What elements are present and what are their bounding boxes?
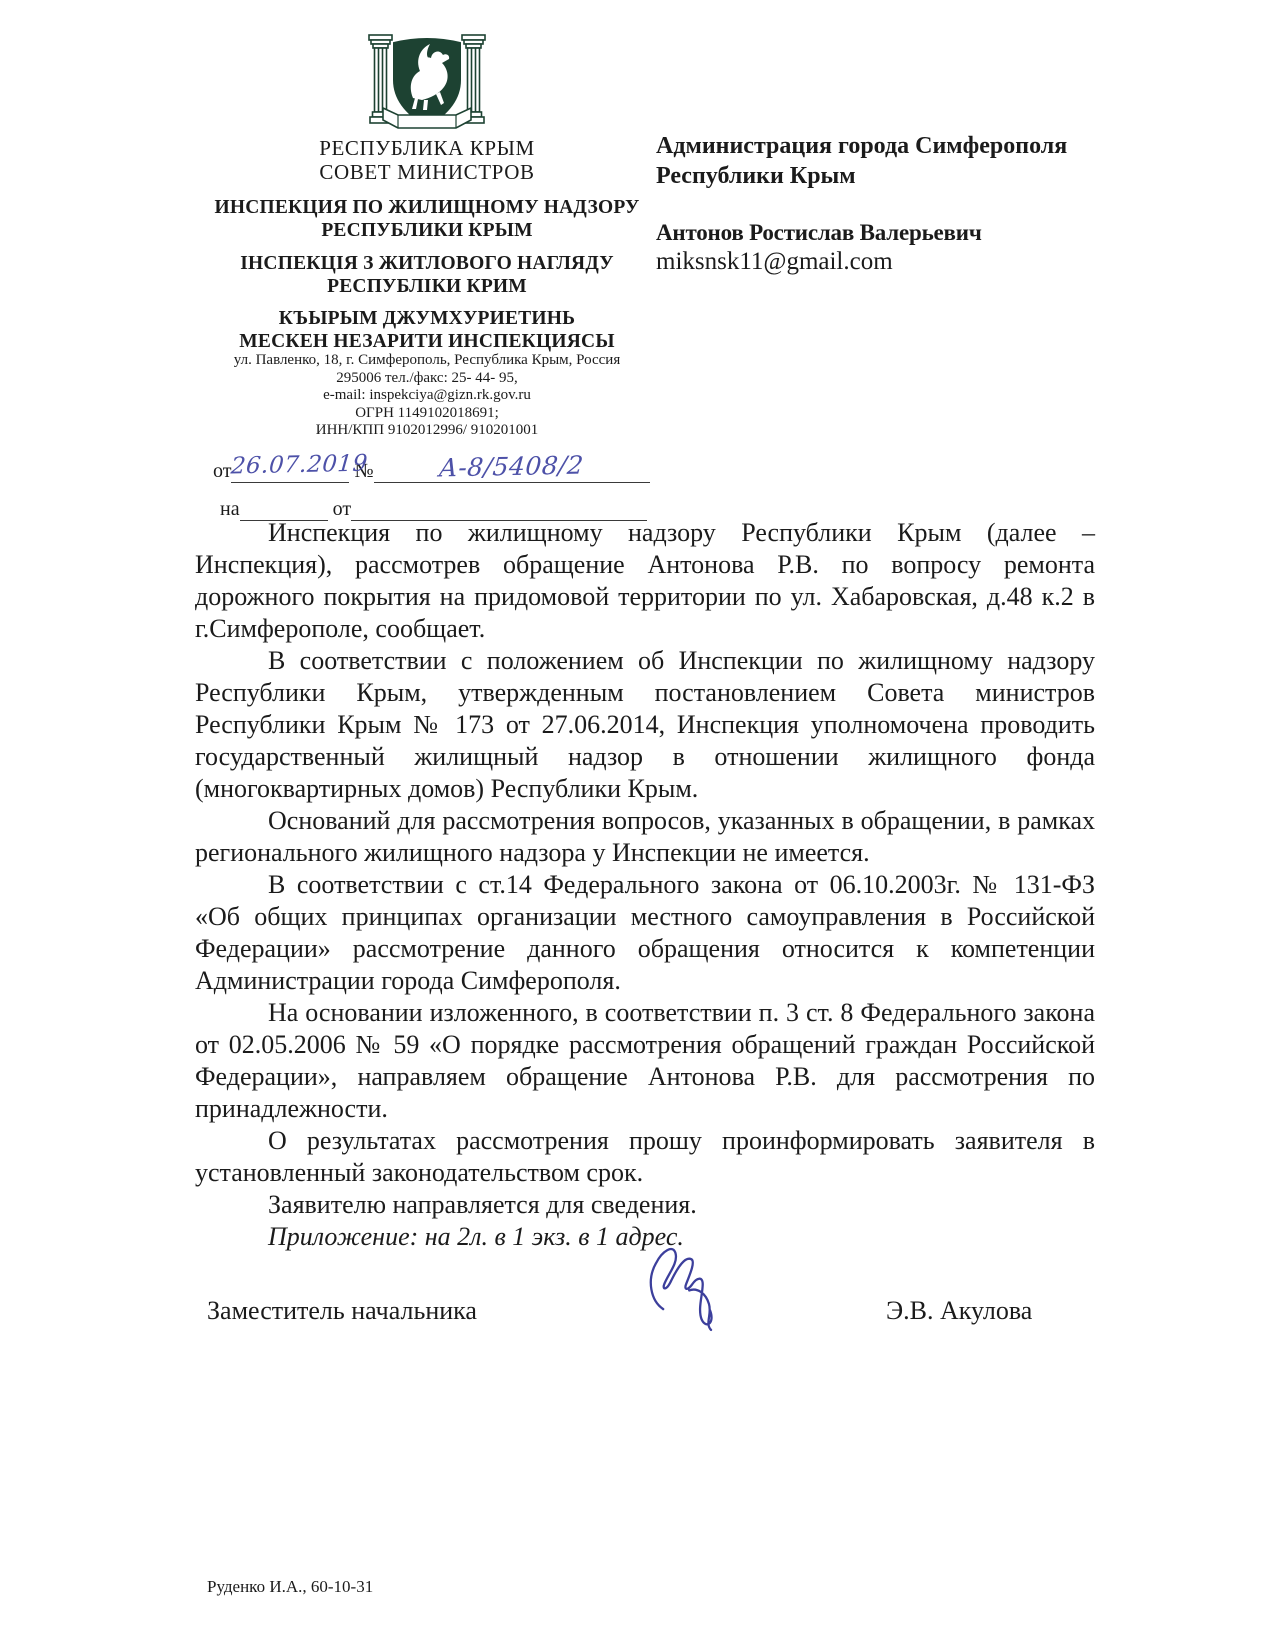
- signer-name: Э.В. Акулова: [886, 1296, 1032, 1326]
- paragraph-5: На основании изложенного, в соответствии…: [195, 997, 1095, 1125]
- outgoing-reference-line: от26.07.2019 №А-8/5408/2: [213, 452, 650, 483]
- address-inn-kpp: ИНН/КПП 9102012996/ 910201001: [167, 422, 687, 440]
- address-ogrn: ОГРН 1149102018691;: [167, 405, 687, 423]
- org-ua-line1: ІНСПЕКЦІЯ З ЖИТЛОВОГО НАГЛЯДУ: [167, 252, 687, 275]
- address-street: ул. Павленко, 18, г. Симферополь, Респуб…: [167, 352, 687, 370]
- org-ru-line1: ИНСПЕКЦИЯ ПО ЖИЛИЩНОМУ НАДЗОРУ: [167, 196, 687, 219]
- signer-job-title: Заместитель начальника: [207, 1296, 477, 1326]
- org-name-crimean-tatar: КЪЫРЫМ ДЖУМХУРИЕТИНЬ МЕСКЕН НЕЗАРИТИ ИНС…: [167, 307, 687, 353]
- address-phone: 295006 тел./факс: 25- 44- 95,: [167, 370, 687, 388]
- republic-header: РЕСПУБЛИКА КРЫМ СОВЕТ МИНИСТРОВ: [167, 136, 687, 184]
- executor-note: Руденко И.А., 60-10-31: [207, 1577, 373, 1597]
- handwritten-number: А-8/5408/2: [438, 450, 585, 482]
- recipient-org-line2: Республики Крым: [656, 161, 1116, 191]
- paragraph-4: В соответствии с ст.14 Федерального зако…: [195, 869, 1095, 997]
- paragraph-7: Заявителю направляется для сведения.: [195, 1189, 1095, 1221]
- ref-from-label: от: [213, 460, 231, 482]
- org-crh-line1: КЪЫРЫМ ДЖУМХУРИЕТИНЬ: [167, 307, 687, 330]
- org-address-block: ул. Павленко, 18, г. Симферополь, Респуб…: [167, 352, 687, 440]
- org-name-russian: ИНСПЕКЦИЯ ПО ЖИЛИЩНОМУ НАДЗОРУ РЕСПУБЛИК…: [167, 196, 687, 242]
- paragraph-1: Инспекция по жилищному надзору Республик…: [195, 517, 1095, 645]
- handwritten-date: 26.07.2019: [230, 451, 369, 480]
- republic-line2: СОВЕТ МИНИСТРОВ: [167, 160, 687, 184]
- recipient-person-name: Антонов Ростислав Валерьевич: [656, 220, 982, 246]
- org-name-ukrainian: ІНСПЕКЦІЯ З ЖИТЛОВОГО НАГЛЯДУ РЕСПУБЛІКИ…: [167, 252, 687, 298]
- org-ru-line2: РЕСПУБЛИКИ КРЫМ: [167, 219, 687, 242]
- recipient-organization: Администрация города Симферополя Республ…: [656, 131, 1116, 191]
- recipient-org-line1: Администрация города Симферополя: [656, 131, 1116, 161]
- scanned-letter-page: РЕСПУБЛИКА КРЫМ СОВЕТ МИНИСТРОВ ИНСПЕКЦИ…: [0, 0, 1275, 1650]
- handwritten-signature-icon: [632, 1228, 736, 1332]
- paragraph-2: В соответствии с положением об Инспекции…: [195, 645, 1095, 805]
- address-email: e-mail: inspekciya@gizn.rk.gov.ru: [167, 387, 687, 405]
- org-ua-line2: РЕСПУБЛІКИ КРИМ: [167, 275, 687, 298]
- paragraph-6: О результатах рассмотрения прошу проинфо…: [195, 1125, 1095, 1189]
- letter-body: Инспекция по жилищному надзору Республик…: [195, 517, 1095, 1253]
- recipient-email: miksnsk11@gmail.com: [656, 248, 893, 276]
- paragraph-3: Оснований для рассмотрения вопросов, ука…: [195, 805, 1095, 869]
- ref-number-field: А-8/5408/2: [374, 452, 650, 483]
- republic-line1: РЕСПУБЛИКА КРЫМ: [167, 136, 687, 160]
- org-crh-line2: МЕСКЕН НЕЗАРИТИ ИНСПЕКЦИЯСЫ: [167, 330, 687, 353]
- crimea-coat-of-arms-icon: [366, 30, 488, 136]
- ref-date-field: 26.07.2019: [231, 452, 349, 483]
